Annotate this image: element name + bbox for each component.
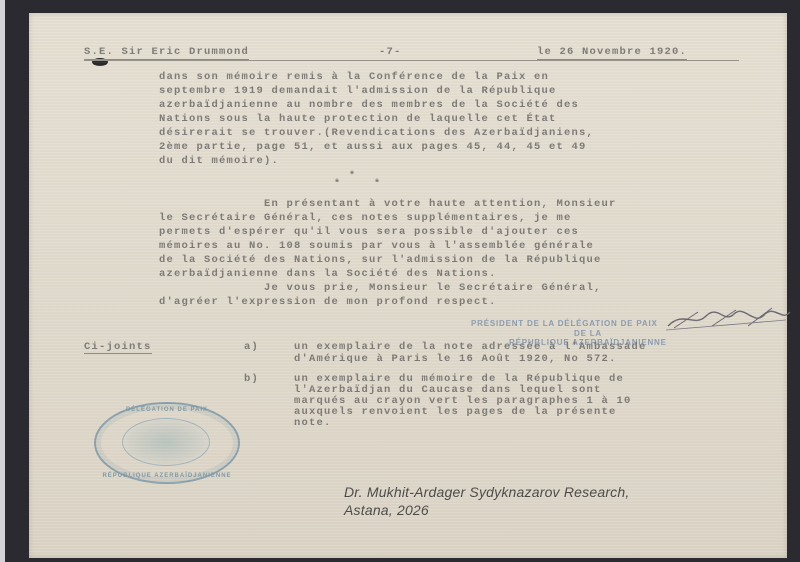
document-page: S.E. Sir Eric Drummond -7- le 26 Novembr… bbox=[29, 13, 787, 558]
page-number: -7- bbox=[379, 46, 402, 58]
stamp-line: PRÉSIDENT DE LA DÉLÉGATION DE PAIX bbox=[471, 319, 658, 328]
stamp-line: DE LA bbox=[574, 329, 602, 338]
enclosure-line: auxquels renvoient les pages de la prése… bbox=[294, 406, 617, 418]
header-rule bbox=[84, 60, 739, 61]
header-addressee: S.E. Sir Eric Drummond bbox=[84, 46, 249, 60]
seal-emblem-icon bbox=[122, 418, 210, 466]
paragraph-line: le Secrétaire Général, ces notes supplém… bbox=[159, 212, 572, 224]
paragraph-line: Nations sous la haute protection de laqu… bbox=[159, 113, 557, 125]
header-date: le 26 Novembre 1920. bbox=[537, 46, 687, 60]
enclosures-label: Ci-joints bbox=[84, 341, 152, 354]
enclosure-key: a) bbox=[244, 341, 259, 353]
enclosure-line: un exemplaire de la note adressée à l'Am… bbox=[294, 341, 647, 353]
paragraph-line: mémoires au No. 108 soumis par vous à l'… bbox=[159, 240, 594, 252]
seal-top-text: DÉLÉGATION DE PAIX bbox=[96, 407, 238, 413]
signature bbox=[664, 306, 794, 332]
paragraph-line: désirerait se trouver.(Revendications de… bbox=[159, 127, 594, 139]
enclosure-key: b) bbox=[244, 373, 259, 385]
watermark-line: Dr. Mukhit-Ardager Sydyknazarov Research… bbox=[344, 483, 629, 501]
paragraph-line: permets d'espérer qu'il vous sera possib… bbox=[159, 226, 579, 238]
paragraph-line: 2ème partie, page 51, et aussi aux pages… bbox=[159, 141, 587, 153]
closing-line: d'agréer l'expression de mon profond res… bbox=[159, 296, 497, 308]
official-seal-stamp: DÉLÉGATION DE PAIX RÉPUBLIQUE AZERBAÏDJA… bbox=[94, 402, 240, 484]
closing-line: Je vous prie, Monsieur le Secrétaire Gén… bbox=[264, 282, 602, 294]
watermark-line: Astana, 2026 bbox=[344, 501, 629, 519]
paragraph-line: azerbaïdjanienne au nombre des membres d… bbox=[159, 99, 579, 111]
enclosure-line: note. bbox=[294, 417, 332, 429]
paragraph-line: septembre 1919 demandait l'admission de … bbox=[159, 85, 557, 97]
paragraph-line: En présentant à votre haute attention, M… bbox=[264, 198, 617, 210]
paragraph-line: dans son mémoire remis à la Conférence d… bbox=[159, 71, 549, 83]
enclosure-line: d'Amérique à Paris le 16 Août 1920, No 5… bbox=[294, 353, 617, 365]
paragraph-line: du dit mémoire). bbox=[159, 155, 279, 167]
research-watermark: Dr. Mukhit-Ardager Sydyknazarov Research… bbox=[344, 483, 629, 519]
paragraph-line: azerbaïdjanienne dans la Société des Nat… bbox=[159, 268, 497, 280]
section-separator-pair: * * bbox=[334, 179, 394, 190]
paragraph-line: de la Société des Nations, sur l'admissi… bbox=[159, 254, 602, 266]
seal-bottom-text: RÉPUBLIQUE AZERBAÏDJANIENNE bbox=[96, 473, 238, 479]
